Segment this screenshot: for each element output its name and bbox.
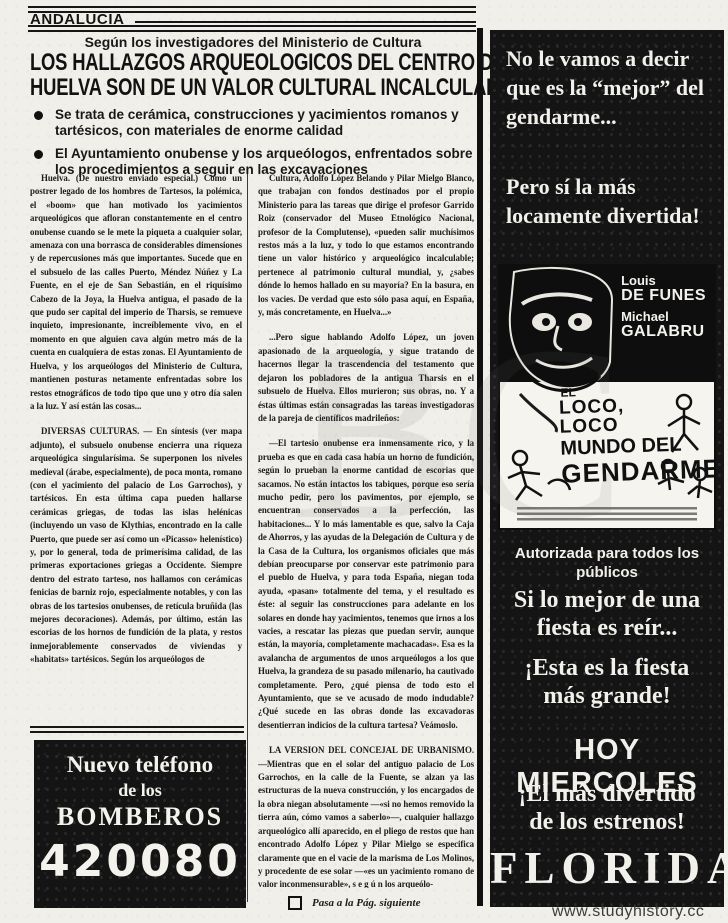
kicker: Según los investigadores del Ministerio … [30,34,476,50]
actor2-first-name: Michael [621,310,706,324]
newspaper-page: ANDALUCIA Según los investigadores del M… [0,0,728,923]
checkbox-square-icon [288,896,302,910]
bomberos-ad: Nuevo teléfono de los BOMBEROS 420080 [34,740,246,908]
column-rule [247,174,248,902]
bullet-item: Se trata de cerámica, construcciones y y… [30,107,476,139]
ad-slogan-top-1: No le vamos a decir que es la “mejor” de… [490,44,708,131]
actor1-first-name: Louis [621,274,706,288]
ad-divider-bar [477,28,483,906]
section-label-rule [135,21,476,23]
continuation-line: Pasa a la Pág. siguiente [242,896,474,910]
ad-slogan-mid-2: ¡Esta es la fiesta más grande! [490,654,724,710]
bomberos-line1: Nuevo teléfono [34,740,246,778]
cartoon-figures-illustration [654,390,714,500]
poster-actors: Louis DE FUNES Michael GALABRU [621,274,706,341]
bomberos-line2: de los [34,780,246,801]
article-paragraph: DIVERSAS CULTURAS. — En síntesis (ver ma… [30,425,242,666]
masthead-double-rule [28,25,476,32]
ad-slogan-bottom: ¡El más divertido de los estrenos! [490,780,724,836]
article-paragraph: —El tartesio onubense era inmensamente r… [258,437,474,732]
movie-poster: Louis DE FUNES Michael GALABRU EL LOCO, … [498,264,716,530]
article-paragraph: Huelva. (De nuestro enviado especial.) C… [30,172,242,413]
article-paragraph: LA VERSION DEL CONCEJAL DE URBANISMO.—Mi… [258,744,474,888]
bullet-dot-icon [34,111,43,120]
headline-line-1: LOS HALLAZGOS ARQUEOLOGICOS DEL CENTRO D… [30,49,505,77]
cinema-ad: No le vamos a decir que es la “mejor” de… [490,30,724,907]
site-watermark: www.studyhistory.cc [552,903,704,921]
bomberos-line3: BOMBEROS [34,802,246,832]
actor1-last-name: DE FUNES [621,288,706,305]
article-paragraph: ...Pero sigue hablando Adolfo López, un … [258,331,474,425]
continuation-text: Pasa a la Pág. siguiente [312,897,420,909]
headline-line-2: HUELVA SON DE UN VALOR CULTURAL INCALCUL… [30,74,522,102]
ad-slogan-mid-1: Si lo mejor de una fiesta es reír... [490,586,724,642]
bullet-text: Se trata de cerámica, construcciones y y… [55,107,476,139]
cinema-name: FLORIDA [490,842,724,894]
actor2-last-name: GALABRU [621,324,706,341]
article-paragraph: Cultura, Adolfo López Belando y Pilar Mi… [258,172,474,319]
poster-credits-text [517,507,697,522]
article-column-1: Huelva. (De nuestro enviado especial.) C… [30,172,242,724]
cartoon-figures-illustration [504,444,574,504]
headline: LOS HALLAZGOS ARQUEOLOGICOS DEL CENTRO D… [30,52,476,104]
article-column-2: Cultura, Adolfo López Belando y Pilar Mi… [258,172,474,888]
bullet-dot-icon [34,150,43,159]
bomberos-phone: 420080 [34,836,246,887]
ad-rating: Autorizada para todos los públicos [490,544,724,582]
ad-slogan-top-2: Pero sí la más locamente divertida! [490,172,708,230]
bomberos-top-rule [30,726,244,733]
